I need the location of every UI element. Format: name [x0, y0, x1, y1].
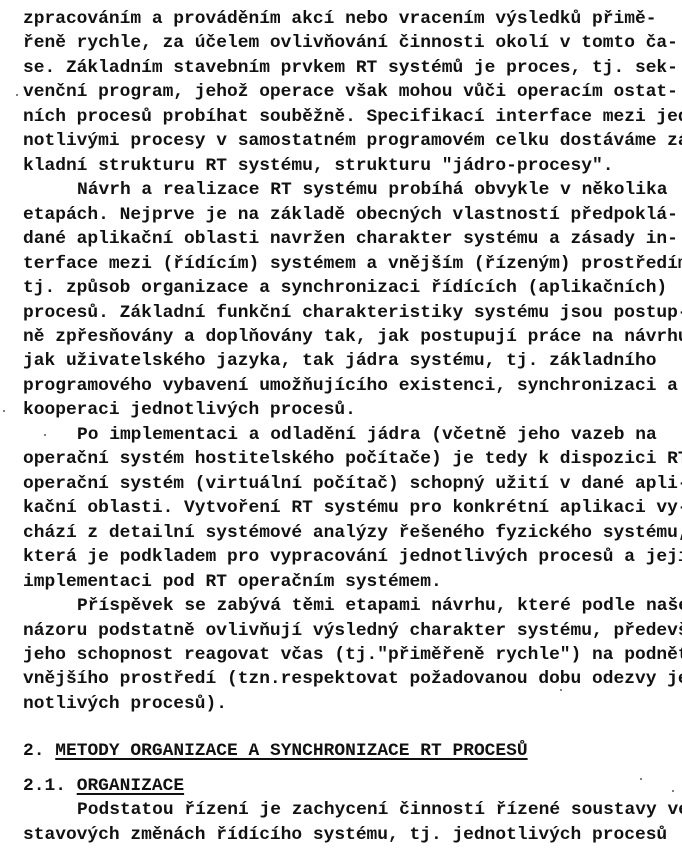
paragraph-4-line-2: názoru podstatně ovlivňují výsledný char…: [23, 621, 682, 641]
scan-speck: [44, 434, 46, 436]
paragraph-2-line-6: procesů. Základní funkční charakteristik…: [23, 303, 682, 323]
paragraph-1-line-4: venční program, jehož operace však mohou…: [23, 82, 678, 102]
paragraph-4-line-3: jeho schopnost reagovat včas (tj."přiměř…: [23, 645, 682, 665]
paragraph-4-line-5: notlivých procesů).: [23, 694, 227, 714]
paragraph-3-line-1: Po implementaci a odladění jádra (včetně…: [77, 425, 657, 445]
paragraph-3-line-4: kační oblasti. Vytvoření RT systému pro …: [23, 498, 682, 518]
paragraph-2-line-9: programového vybavení umožňujícího exist…: [23, 376, 678, 396]
section-number: 2.: [23, 741, 44, 761]
scan-speck: [16, 94, 18, 96]
document-page: zpracováním a prováděním akcí nebo vrace…: [0, 0, 682, 862]
scan-speck: [3, 410, 5, 412]
paragraph-2-line-1: Návrh a realizace RT systému probíhá obv…: [77, 180, 668, 200]
paragraph-3-line-5: chází z detailní systémové analýzy řešen…: [23, 523, 682, 543]
paragraph-2-line-3: dané aplikační oblasti navržen charakter…: [23, 229, 678, 249]
scan-speck: [560, 689, 562, 691]
scan-speck: [672, 790, 674, 792]
paragraph-1-line-5: ních procesů probíhat souběžně. Specifik…: [23, 107, 682, 127]
section-heading: 2. METODY ORGANIZACE A SYNCHRONIZACE RT …: [23, 741, 528, 761]
scan-speck: [640, 778, 642, 780]
paragraph-3-line-3: operační systém (virtuální počítač) scho…: [23, 474, 682, 494]
paragraph-2-line-4: terface mezi (řídícím) systémem a vnější…: [23, 254, 682, 274]
subsection-line-1: Podstatou řízení je zachycení činností ř…: [77, 800, 682, 820]
subsection-line-2: stavových změnách řídícího systému, tj. …: [23, 825, 667, 845]
paragraph-2-line-8: jak uživatelského jazyka, tak jádra syst…: [23, 351, 656, 371]
subsection-title: ORGANIZACE: [77, 776, 184, 796]
paragraph-1-line-7: kladní strukturu RT systému, strukturu "…: [23, 156, 614, 176]
paragraph-3-line-2: operační systém hostitelského počítače) …: [23, 449, 682, 469]
paragraph-1-line-1: zpracováním a prováděním akcí nebo vrace…: [23, 9, 656, 29]
paragraph-1-line-3: se. Základním stavebním prvkem RT systém…: [23, 58, 678, 78]
paragraph-2-line-5: tj. způsob organizace a synchronizaci ří…: [23, 278, 667, 298]
subsection-heading: 2.1. ORGANIZACE: [23, 776, 184, 796]
paragraph-2-line-2: etapách. Nejprve je na základě obecných …: [23, 205, 678, 225]
scan-speck: [660, 70, 662, 72]
paragraph-4-line-4: vnějšího prostředí (tzn.respektovat poža…: [23, 669, 682, 689]
paragraph-1-line-2: řeně rychle, za účelem ovlivňování činno…: [23, 33, 678, 53]
paragraph-4-line-1: Příspěvek se zabývá těmi etapami návrhu,…: [77, 596, 682, 616]
paragraph-3-line-6: která je podkladem pro vypracování jedno…: [23, 547, 682, 567]
subsection-number: 2.1.: [23, 776, 66, 796]
paragraph-2-line-7: ně zpřesňovány a doplňovány tak, jak pos…: [23, 327, 682, 347]
paragraph-2-line-10: kooperaci jednotlivých procesů.: [23, 400, 356, 420]
paragraph-1-line-6: notlivými procesy v samostatném programo…: [23, 131, 682, 151]
section-title: METODY ORGANIZACE A SYNCHRONIZACE RT PRO…: [55, 741, 527, 761]
paragraph-3-line-7: implementaci pod RT operačním systémem.: [23, 572, 442, 592]
